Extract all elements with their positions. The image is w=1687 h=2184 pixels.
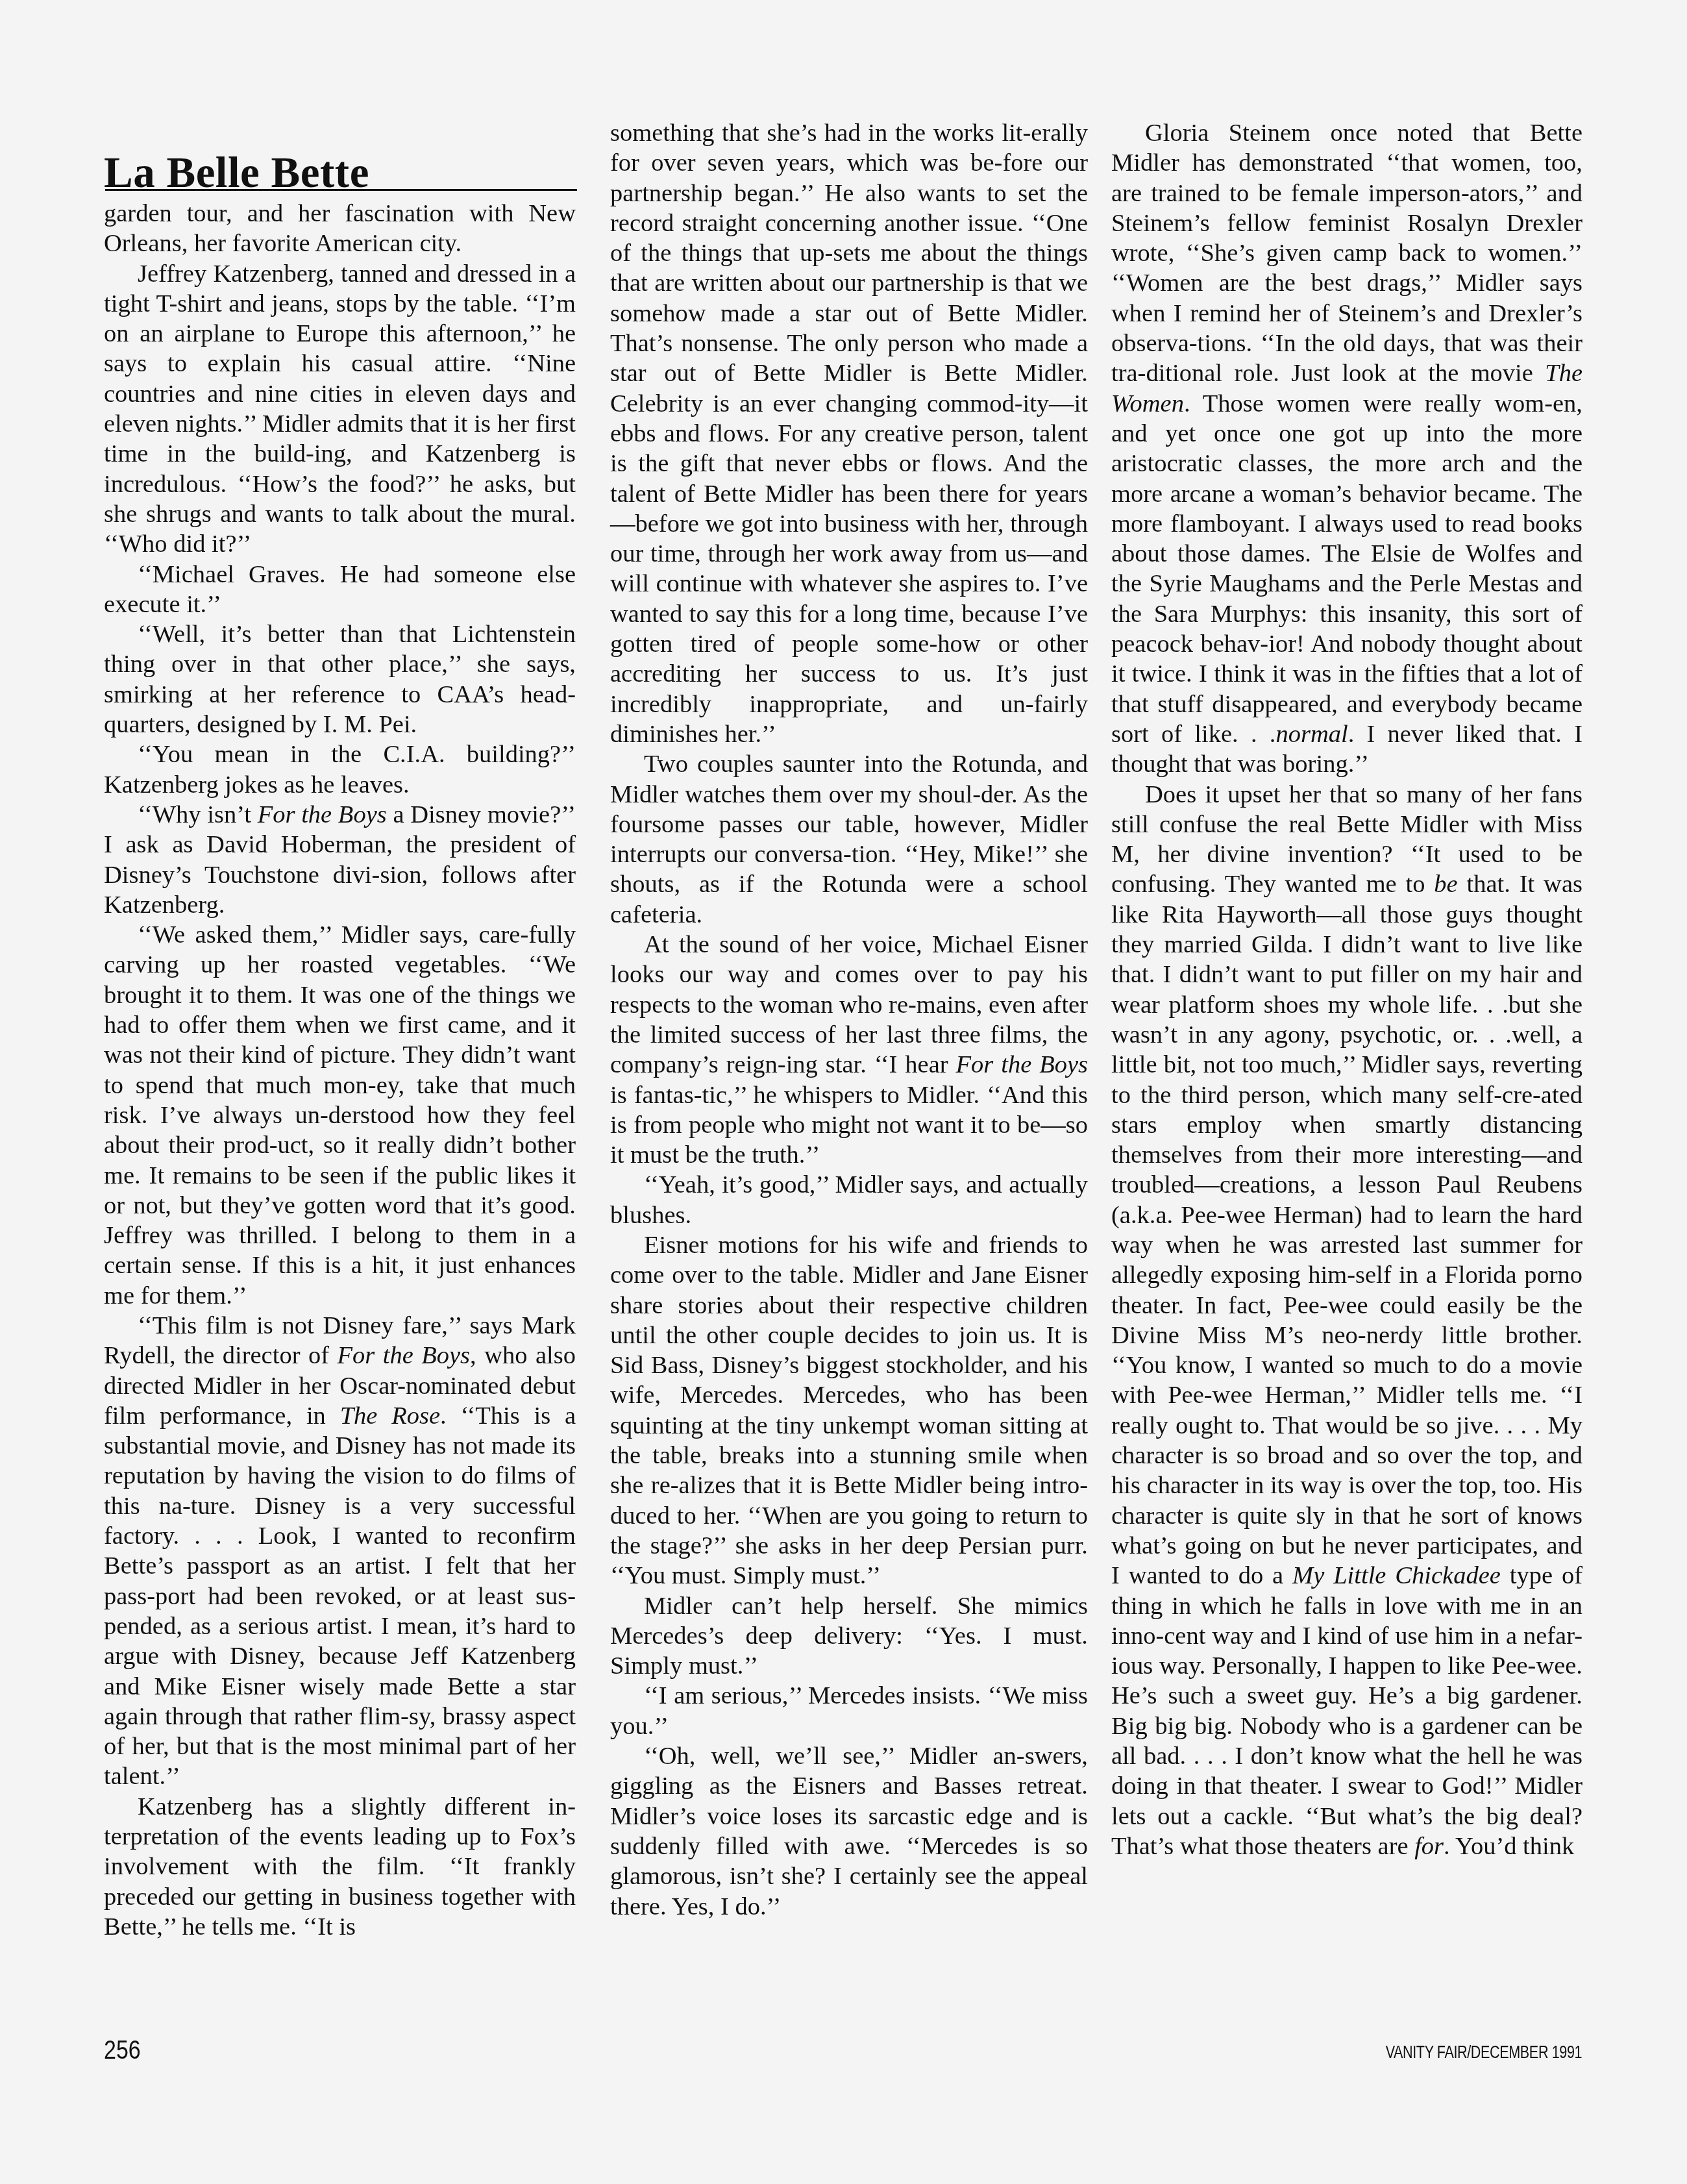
paragraph: ‘‘I am serious,’’ Mercedes insists. ‘‘We… — [610, 1681, 1088, 1741]
paragraph: ‘‘Oh, well, we’ll see,’’ Midler an-swers… — [610, 1741, 1088, 1922]
paragraph: At the sound of her voice, Michael Eisne… — [610, 930, 1088, 1170]
magazine-credit: VANITY FAIR/DECEMBER 1991 — [1385, 2042, 1582, 2063]
paragraph: Jeffrey Katzenberg, tanned and dressed i… — [104, 259, 576, 560]
paragraph: ‘‘Yeah, it’s good,’’ Midler says, and ac… — [610, 1170, 1088, 1230]
article-title: La Belle Bette — [104, 151, 369, 195]
paragraph: Gloria Steinem once noted that Bette Mid… — [1111, 118, 1582, 780]
paragraph: ‘‘You mean in the C.I.A. building?’’ Kat… — [104, 739, 576, 800]
title-rule — [105, 189, 577, 191]
paragraph: Two couples saunter into the Rotunda, an… — [610, 749, 1088, 930]
paragraph: ‘‘This film is not Disney fare,’’ says M… — [104, 1311, 576, 1792]
paragraph: Eisner motions for his wife and friends … — [610, 1230, 1088, 1591]
paragraph: Midler can’t help herself. She mimics Me… — [610, 1591, 1088, 1681]
paragraph: garden tour, and her fascination with Ne… — [104, 199, 576, 259]
text-column-2: something that she’s had in the works li… — [610, 118, 1088, 1922]
paragraph: ‘‘We asked them,’’ Midler says, care-ful… — [104, 920, 576, 1311]
paragraph: ‘‘Michael Graves. He had someone else ex… — [104, 560, 576, 620]
paragraph: ‘‘Well, it’s better than that Lichtenste… — [104, 619, 576, 739]
text-column-1: garden tour, and her fascination with Ne… — [104, 199, 576, 1942]
paragraph: ‘‘Why isn’t For the Boys a Disney movie?… — [104, 800, 576, 920]
paragraph: Does it upset her that so many of her fa… — [1111, 780, 1582, 1862]
text-column-3: Gloria Steinem once noted that Bette Mid… — [1111, 118, 1582, 1861]
page-number: 256 — [104, 2036, 141, 2065]
paragraph: something that she’s had in the works li… — [610, 118, 1088, 749]
paragraph: Katzenberg has a slightly different in-t… — [104, 1792, 576, 1942]
